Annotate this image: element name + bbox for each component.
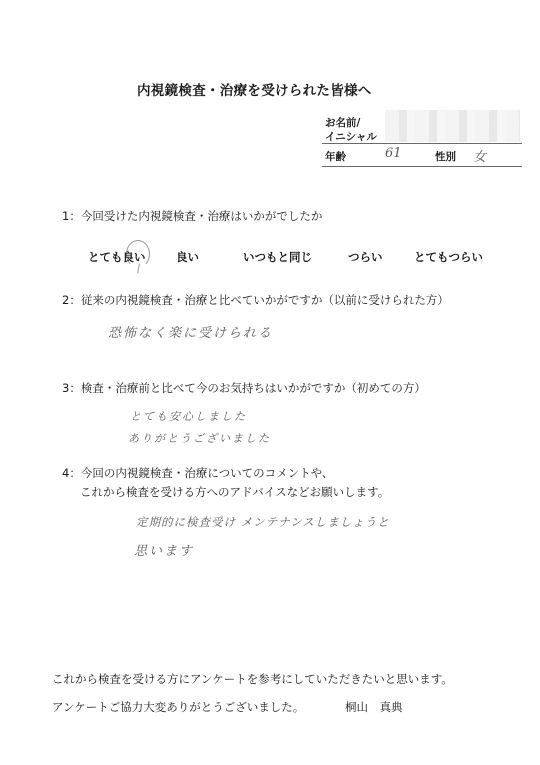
question-number: 3：	[62, 381, 81, 395]
option-hard[interactable]: つらい	[348, 249, 383, 265]
name-label-line1: お名前/	[325, 116, 377, 130]
age-value: 61	[385, 146, 402, 161]
option-same-as-usual[interactable]: いつもと同じ	[243, 249, 312, 265]
option-very-hard[interactable]: とてもつらい	[414, 249, 483, 265]
sex-label: 性別	[435, 149, 456, 164]
question-number: 1：	[62, 209, 81, 223]
footer-thanks: アンケートご協力大変ありがとうございました。	[52, 699, 304, 715]
selection-circle-tail	[137, 263, 146, 274]
question-text: 従来の内視鏡検査・治療と比べていかがですか（以前に受けられた方）	[81, 293, 449, 307]
answer-4-line-1: 定期的に検査受け メンテナンスしましょうと	[136, 514, 390, 530]
footer-signature: 桐山 真典	[345, 699, 403, 715]
answer-2-line-1: 恐怖なく楽に受けられる	[108, 322, 273, 341]
question-text: 今回の内視鏡検査・治療についてのコメントや、	[81, 466, 334, 480]
question-text: 検査・治療前と比べて今のお気持ちはいかがですか（初めての方）	[81, 381, 426, 395]
question-3: 3：検査・治療前と比べて今のお気持ちはいかがですか（初めての方）	[62, 380, 426, 396]
answer-3-line-2: ありがとうございました	[128, 430, 271, 446]
question-4: 4：今回の内視鏡検査・治療についてのコメントや、	[62, 465, 333, 481]
divider-line	[322, 143, 522, 144]
name-redacted-field	[385, 110, 520, 142]
age-label: 年齢	[325, 149, 346, 164]
answer-4-line-2: 思います	[134, 540, 194, 559]
answer-3-line-1: とても安心しました	[130, 408, 247, 424]
question-number: 4：	[62, 466, 81, 480]
footer-message: これから検査を受ける方にアンケートを参考にしていただきたいと思います。	[52, 671, 453, 687]
name-label: お名前/ イニシャル	[325, 116, 377, 144]
question-1: 1：今回受けた内視鏡検査・治療はいかがでしたか	[62, 208, 322, 224]
question-2: 2：従来の内視鏡検査・治療と比べていかがですか（以前に受けられた方）	[62, 292, 449, 308]
question-4-line-2: これから検査を受ける方へのアドバイスなどお願いします。	[80, 484, 389, 500]
question-number: 2：	[62, 293, 81, 307]
name-label-line2: イニシャル	[325, 130, 377, 144]
question-text: 今回受けた内視鏡検査・治療はいかがでしたか	[81, 209, 323, 223]
sex-value: 女	[473, 146, 486, 165]
survey-title: 内視鏡検査・治療を受けられた皆様へ	[137, 79, 372, 99]
divider-line	[322, 166, 522, 167]
option-very-good[interactable]: とても良い	[88, 249, 146, 265]
option-good[interactable]: 良い	[176, 249, 199, 265]
